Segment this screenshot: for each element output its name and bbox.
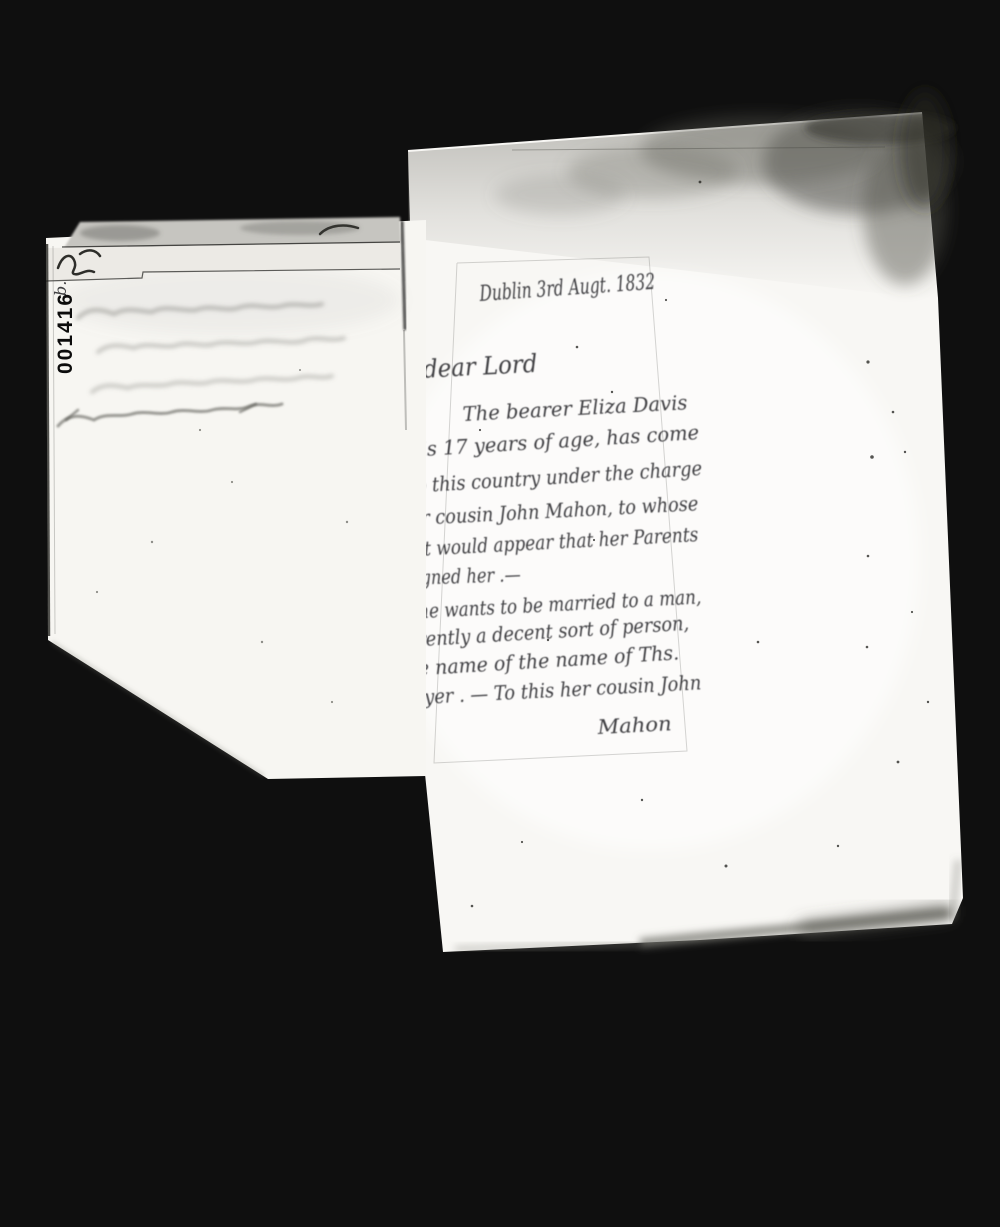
letter-page: Dublin 3rd Augt. 1832 My dear Lord The b… (373, 90, 963, 952)
microfilm-scan: Dublin 3rd Augt. 1832 My dear Lord The b… (0, 0, 1000, 1227)
frame-number-stamp: 001416 (54, 292, 77, 374)
paper-strip-top (62, 217, 401, 248)
microfilm-frame: Dublin 3rd Augt. 1832 My dear Lord The b… (0, 0, 1000, 1227)
stamp-annotation: b. (51, 281, 70, 296)
letter-line: Mahon (596, 711, 672, 739)
